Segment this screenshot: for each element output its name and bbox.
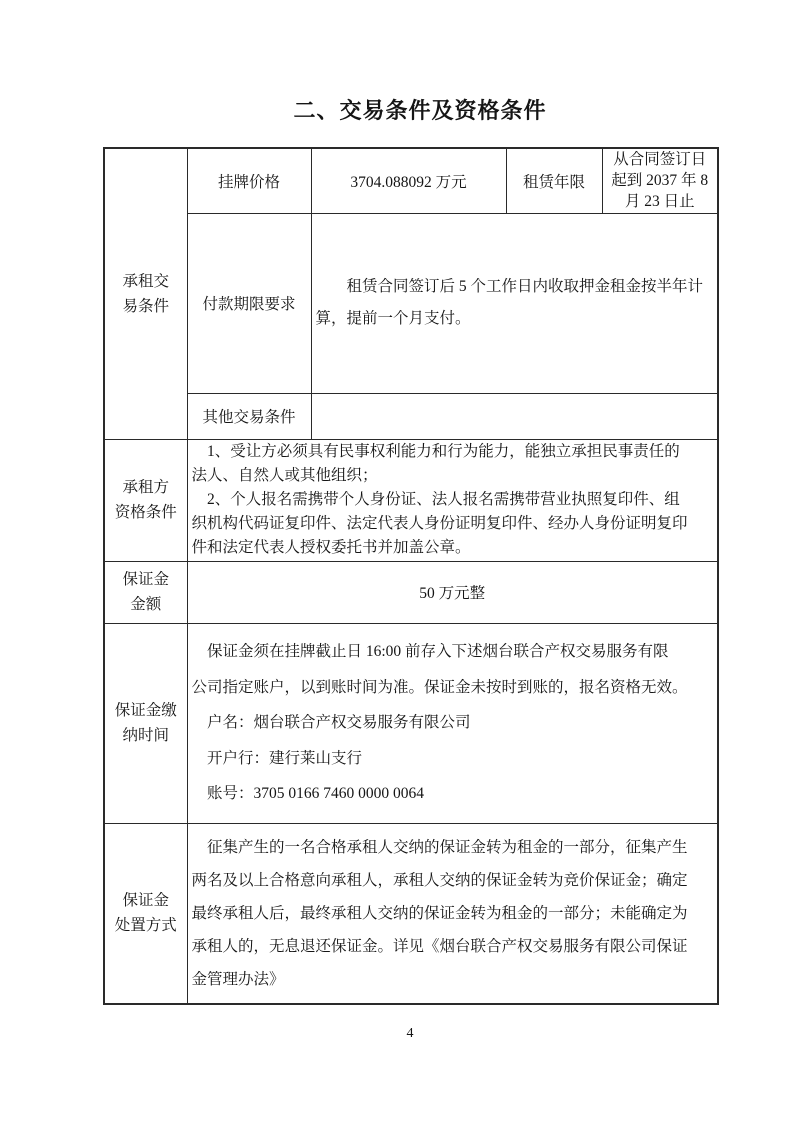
page-number: 4 [103, 1026, 717, 1042]
lessee-qualification-content: 1、受让方必须具有民事权利能力和行为能力，能独立承担民事责任的 法人、自然人或其… [187, 439, 718, 561]
table-row: 保证金 金额 50 万元整 [104, 561, 718, 623]
listing-price-label: 挂牌价格 [187, 148, 311, 213]
payment-terms-label: 付款期限要求 [187, 213, 311, 393]
payment-terms-value: 租赁合同签订后 5 个工作日内收取押金租金按半年计 算，提前一个月支付。 [311, 213, 718, 393]
lease-term-value: 从合同签订日 起到 2037 年 8 月 23 日止 [602, 148, 718, 213]
table-row: 承租交 易条件 挂牌价格 3704.088092 万元 租赁年限 从合同签订日 … [104, 148, 718, 213]
category-deposit-disposal: 保证金 处置方式 [104, 823, 187, 1004]
deposit-payment-time-content: 保证金须在挂牌截止日 16:00 前存入下述烟台联合产权交易服务有限 公司指定账… [187, 623, 718, 823]
deposit-amount-content: 50 万元整 [187, 561, 718, 623]
table-row: 付款期限要求 租赁合同签订后 5 个工作日内收取押金租金按半年计 算，提前一个月… [104, 213, 718, 393]
category-lease-transaction: 承租交 易条件 [104, 148, 187, 439]
lease-term-label: 租赁年限 [506, 148, 602, 213]
table-row: 承租方 资格条件 1、受让方必须具有民事权利能力和行为能力，能独立承担民事责任的… [104, 439, 718, 561]
deposit-disposal-content: 征集产生的一名合格承租人交纳的保证金转为租金的一部分，征集产生 两名及以上合格意… [187, 823, 718, 1004]
conditions-table: 承租交 易条件 挂牌价格 3704.088092 万元 租赁年限 从合同签订日 … [103, 147, 719, 1005]
category-deposit-amount: 保证金 金额 [104, 561, 187, 623]
table-row: 保证金 处置方式 征集产生的一名合格承租人交纳的保证金转为租金的一部分，征集产生… [104, 823, 718, 1004]
listing-price-value: 3704.088092 万元 [311, 148, 506, 213]
table-row: 保证金缴 纳时间 保证金须在挂牌截止日 16:00 前存入下述烟台联合产权交易服… [104, 623, 718, 823]
category-lessee-qualification: 承租方 资格条件 [104, 439, 187, 561]
page-title: 二、交易条件及资格条件 [103, 94, 737, 125]
other-conditions-value [311, 393, 718, 439]
table-row: 其他交易条件 [104, 393, 718, 439]
other-conditions-label: 其他交易条件 [187, 393, 311, 439]
category-deposit-payment-time: 保证金缴 纳时间 [104, 623, 187, 823]
